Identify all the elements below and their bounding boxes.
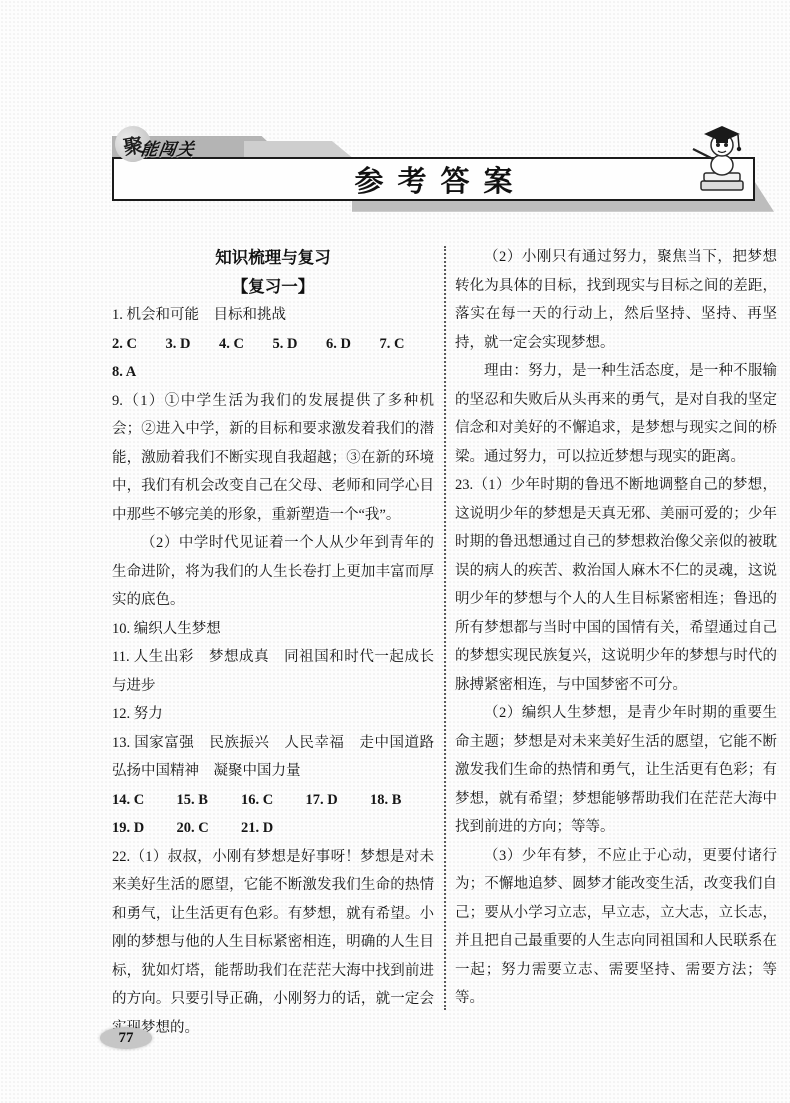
answer-item-23-part3: （3）少年有梦，不应止于心动，更要付诸行为；不懈地追梦、圆梦才能改变生活，改变我… [455,842,777,1013]
answer-choice: 21. D [241,814,306,843]
subsection-title: 【复习一】 [112,272,434,301]
workbook-logo: 聚 能闯关 [115,126,195,162]
answer-choice: 4. C [219,330,273,359]
page-title: 参考答案 [340,159,526,200]
answer-choice: 7. C [380,330,434,359]
answer-choice: 3. D [166,330,220,359]
answer-choice: 18. B [370,786,435,815]
answer-item-22-part2: （2）小刚只有通过努力，聚焦当下，把梦想转化为具体的目标，找到现实与目标之间的差… [455,243,777,357]
answer-choice: 17. D [306,786,371,815]
answer-item-13: 13. 国家富强 民族振兴 人民幸福 走中国道路 弘扬中国精神 凝聚中国力量 [112,729,434,786]
left-column: 知识梳理与复习 【复习一】 1. 机会和可能 目标和挑战 2. C 3. D 4… [112,243,434,1042]
answer-choice: 14. C [112,786,177,815]
answer-item-23-part1: 23.（1）少年时期的鲁迅不断地调整自己的梦想，这说明少年的梦想是天真无邪、美丽… [455,471,777,699]
scanned-answer-page: 聚 能闯关 参考答案 知识梳理与复习 【复习一】 1. 机会和可能 目标和挑战 … [0,0,790,1103]
answer-choice: 19. D [112,814,177,843]
graduate-mascot-icon [690,122,752,203]
answer-item-23-part2: （2）编织人生梦想，是青少年时期的重要生命主题；梦想是对未来美好生活的愿望，它能… [455,699,777,842]
answer-item-8: 8. A [112,358,434,387]
answer-row-19-21: 19. D 20. C 21. D [112,814,434,843]
answer-choice: 2. C [112,330,166,359]
answer-item-11: 11. 人生出彩 梦想成真 同祖国和时代一起成长与进步 [112,643,434,700]
page-number: 77 [119,1030,134,1047]
answer-item-10: 10. 编织人生梦想 [112,615,434,644]
column-divider [444,246,446,1010]
answer-choice: 16. C [241,786,306,815]
logo-text: 能闯关 [139,135,197,160]
answer-choice: 20. C [177,814,242,843]
header-title-box: 参考答案 [112,157,755,201]
answer-choice: 5. D [273,330,327,359]
answer-choice: 15. B [177,786,242,815]
answer-item-1: 1. 机会和可能 目标和挑战 [112,301,434,330]
right-column: （2）小刚只有通过努力，聚焦当下，把梦想转化为具体的目标，找到现实与目标之间的差… [455,243,777,1013]
section-title: 知识梳理与复习 [112,243,434,272]
answer-item-9-part1: 9.（1）①中学生活为我们的发展提供了多种机会；②进入中学，新的目标和要求激发着… [112,387,434,530]
answer-item-9-part2: （2）中学时代见证着一个人从少年到青年的生命进阶，将为我们的人生长卷打上更加丰富… [112,529,434,615]
answer-choice: 6. D [326,330,380,359]
page-number-badge: 77 [100,1027,152,1049]
answer-row-2-7: 2. C 3. D 4. C 5. D 6. D 7. C [112,330,434,359]
answer-row-14-18: 14. C 15. B 16. C 17. D 18. B [112,786,434,815]
answer-item-22-reason: 理由：努力，是一种生活态度，是一种不服输的坚忍和失败后从头再来的勇气，是对自我的… [455,357,777,471]
answer-item-22-part1: 22.（1）叔叔，小刚有梦想是好事呀！梦想是对未来美好生活的愿望，它能不断激发我… [112,843,434,1043]
answer-item-12: 12. 努力 [112,700,434,729]
